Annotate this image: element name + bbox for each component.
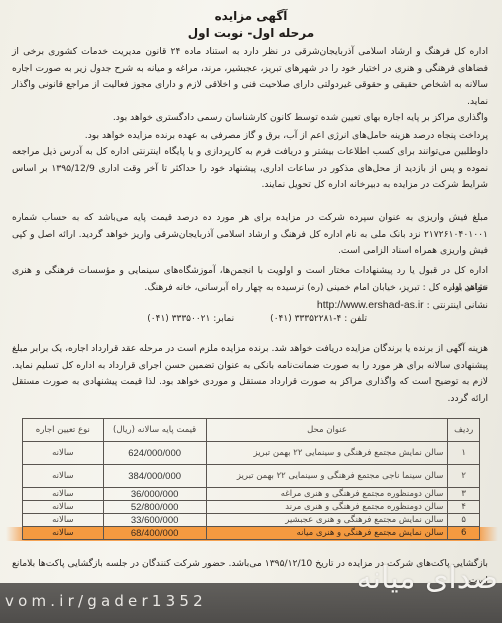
phone-value: ۴-۳۳۳۵۲۲۸۱ (۰۴۱) (270, 314, 341, 324)
row-price: 36/000/000 (103, 488, 206, 501)
notice-title: آگهی مزایده (0, 9, 502, 23)
row-price: 52/800/000 (103, 501, 206, 514)
row-location: سالن نمایش مجتمع فرهنگی و سینمایی ۲۲ بهم… (206, 442, 448, 465)
row-location: سالن دومنظوره مجتمع فرهنگی و هنری مرند (206, 501, 448, 514)
website-label: نشانی اینترنتی : (427, 300, 488, 311)
row-number: ۴ (448, 501, 480, 514)
phone-label: تلفن : (344, 314, 367, 324)
row-number: ۵ (448, 514, 480, 527)
banner-logo: صدای میانه (357, 561, 498, 596)
row-price: 384/000/000 (103, 465, 206, 488)
fax-label: نمابر: (213, 314, 234, 324)
row-price: 33/600/000 (103, 514, 206, 527)
row-price: 624/000/000 (103, 442, 206, 465)
row-number: ۲ (448, 465, 480, 488)
table-row: ۴ سالن دومنظوره مجتمع فرهنگی و هنری مرند… (23, 501, 480, 514)
header-lease-type: نوع تعیین اجاره (23, 419, 104, 442)
header-location: عنوان محل (206, 419, 448, 442)
row-location: سالن سینما ناجی مجتمع فرهنگی و سینمایی ۲… (206, 465, 448, 488)
row-lease-type: سالانه (23, 527, 104, 540)
fax-value: ۳۳۳۵۰۰۲۱ (۰۴۱) (147, 314, 210, 324)
table-row: ۱ سالن نمایش مجتمع فرهنگی و سینمایی ۲۲ ب… (23, 442, 480, 465)
row-lease-type: سالانه (23, 514, 104, 527)
notice-subtitle: مرحله اول- نوبت اول (0, 26, 502, 40)
paragraph-energy-costs: پرداخت پنجاه درصد هزینه حامل‌های انرژی ا… (12, 128, 488, 145)
auction-notice-page: آگهی مزایده مرحله اول- نوبت اول اداره کل… (0, 0, 502, 623)
table-row: ۵ سالن نمایش مجتمع فرهنگی و هنری عجبشیر … (23, 514, 480, 527)
row-lease-type: سالانه (23, 488, 104, 501)
website-link[interactable]: http://www.ershad-as.ir (317, 299, 424, 311)
row-number: ۳ (448, 488, 480, 501)
row-location: سالن نمایش مجتمع فرهنگی و هنری میانه (206, 527, 448, 540)
table-row: ۳ سالن دومنظوره مجتمع فرهنگی و هنری مراغ… (23, 488, 480, 501)
table-row: ۲ سالن سینما ناجی مجتمع فرهنگی و سینمایی… (23, 465, 480, 488)
phone: تلفن : ۴-۳۳۳۵۲۲۸۱ (۰۴۱) (270, 314, 367, 324)
fax: نمابر: ۳۳۳۵۰۰۲۱ (۰۴۱) (147, 314, 234, 324)
venues-table: ردیف عنوان محل قیمت پایه سالانه (ریال) ن… (22, 418, 480, 540)
header-price: قیمت پایه سالانه (ریال) (103, 419, 206, 442)
row-lease-type: سالانه (23, 465, 104, 488)
header-row-number: ردیف (448, 419, 480, 442)
row-location: سالن نمایش مجتمع فرهنگی و هنری عجبشیر (206, 514, 448, 527)
row-number: ۱ (448, 442, 480, 465)
watermark-banner: vom.ir/gader1352 صدای میانه (0, 583, 502, 623)
row-number: 6 (448, 527, 480, 540)
row-lease-type: سالانه (23, 442, 104, 465)
paragraph-address: نشانی اداره کل : تبریز، خیابان امام خمین… (12, 280, 488, 297)
contact-line: تلفن : ۴-۳۳۳۵۲۲۸۱ (۰۴۱) نمابر: ۳۳۳۵۰۰۲۱ … (147, 314, 367, 324)
paragraph-intro: اداره کل فرهنگ و ارشاد اسلامی آذربایجان‌… (12, 44, 488, 110)
paragraph-applicants: داوطلبین می‌توانند برای کسب اطلاعات بیشت… (12, 144, 488, 194)
paragraph-deposit: مبلغ فیش واریزی به عنوان سپرده شرکت در م… (12, 210, 488, 260)
table-row-highlighted: 6 سالن نمایش مجتمع فرهنگی و هنری میانه 6… (23, 527, 480, 540)
banner-url: vom.ir/gader1352 (5, 592, 207, 610)
row-location: سالن دومنظوره مجتمع فرهنگی و هنری مراغه (206, 488, 448, 501)
row-price: 68/400/000 (103, 527, 206, 540)
row-lease-type: سالانه (23, 501, 104, 514)
paragraph-guarantee: هزینه آگهی از برنده یا برندگان مزایده در… (12, 341, 488, 407)
paragraph-valuation: واگذاری مراکز بر پایه اجاره بهای تعیین ش… (12, 110, 488, 127)
website-line: نشانی اینترنتی : http://www.ershad-as.ir (12, 297, 488, 315)
